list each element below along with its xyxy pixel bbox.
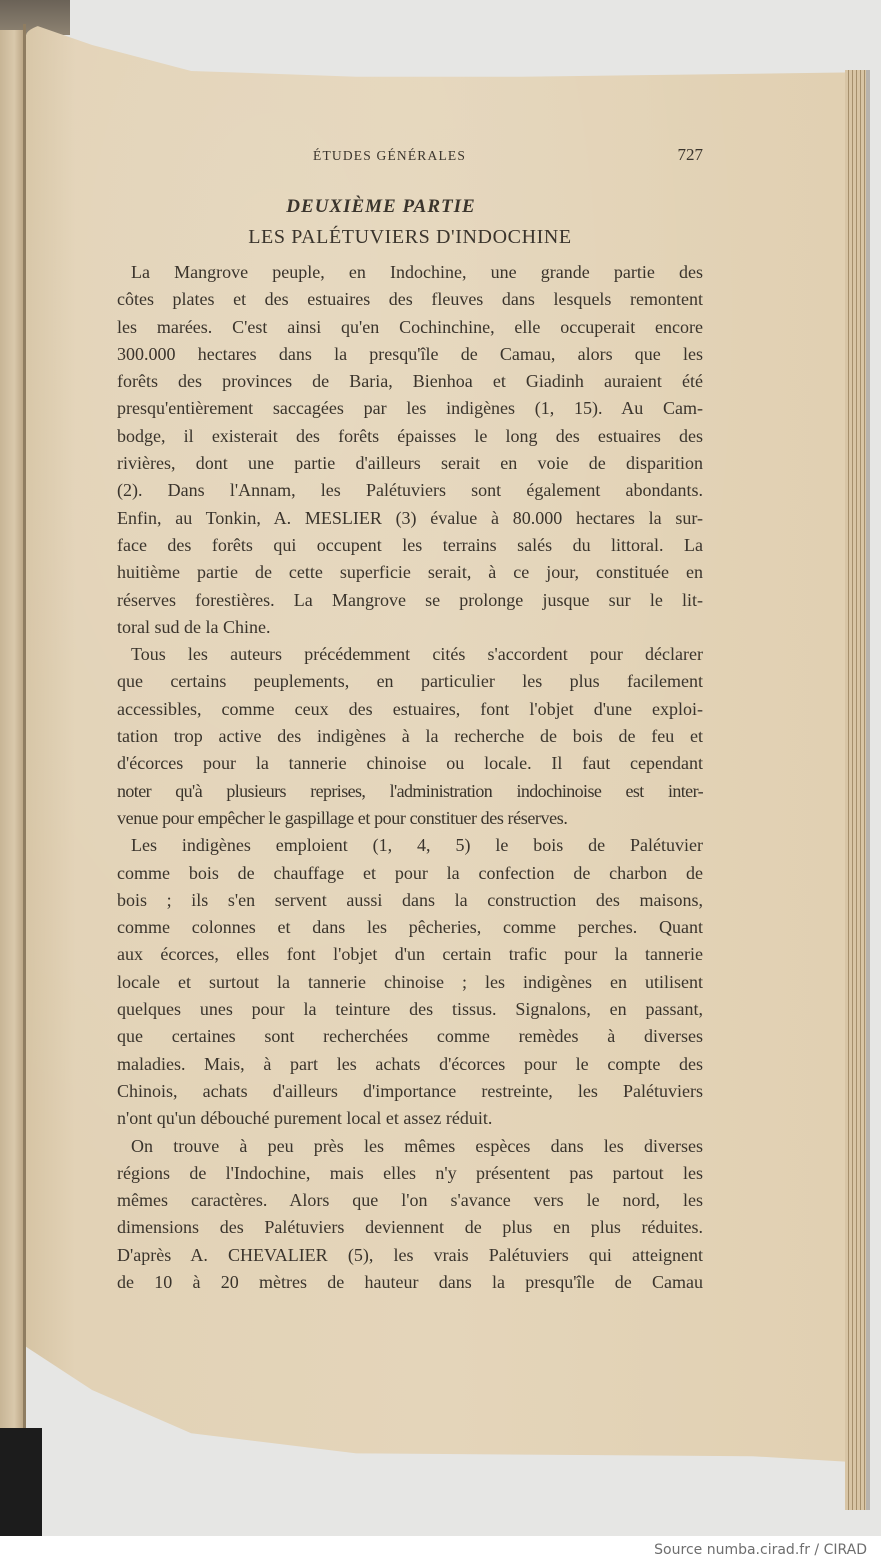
text-line: tation trop active des indigènes à la re… xyxy=(117,723,703,750)
text-line: rivières, dont une partie d'ailleurs ser… xyxy=(117,450,703,477)
text-line: accessibles, comme ceux des estuaires, f… xyxy=(117,696,703,723)
text-line: Chinois, achats d'ailleurs d'importance … xyxy=(117,1078,703,1105)
text-line: les marées. C'est ainsi qu'en Cochinchin… xyxy=(117,314,703,341)
paragraph: Tous les auteurs précédemment cités s'ac… xyxy=(117,641,703,832)
text-line: 300.000 hectares dans la presqu'île de C… xyxy=(117,341,703,368)
text-line: On trouve à peu près les mêmes espèces d… xyxy=(117,1133,703,1160)
text-line: Tous les auteurs précédemment cités s'ac… xyxy=(117,641,703,668)
source-credit: Source numba.cirad.fr / CIRAD xyxy=(654,1542,867,1558)
text-line: (2). Dans l'Annam, les Palétuviers sont … xyxy=(117,477,703,504)
paragraph: On trouve à peu près les mêmes espèces d… xyxy=(117,1133,703,1297)
text-line: réserves forestières. La Mangrove se pro… xyxy=(117,587,703,614)
document-viewer: ÉTUDES GÉNÉRALES 727 DEUXIÈME PARTIE LES… xyxy=(0,0,881,1566)
text-line: forêts des provinces de Baria, Bienhoa e… xyxy=(117,368,703,395)
book-binding-bottom xyxy=(0,1428,42,1536)
text-line: Enfin, au Tonkin, A. MESLIER (3) évalue … xyxy=(117,505,703,532)
text-line: d'écorces pour la tannerie chinoise ou l… xyxy=(117,750,703,777)
text-line: maladies. Mais, à part les achats d'écor… xyxy=(117,1051,703,1078)
text-line: côtes plates et des estuaires des fleuve… xyxy=(117,286,703,313)
text-line: régions de l'Indochine, mais elles n'y p… xyxy=(117,1160,703,1187)
text-line: toral sud de la Chine. xyxy=(117,614,703,641)
page-text: ÉTUDES GÉNÉRALES 727 DEUXIÈME PARTIE LES… xyxy=(117,140,703,1296)
text-line: locale et surtout la tannerie chinoise ;… xyxy=(117,969,703,996)
text-line: dimensions des Palétuviers deviennent de… xyxy=(117,1214,703,1241)
running-head: ÉTUDES GÉNÉRALES 727 xyxy=(117,140,703,170)
text-line: venue pour empêcher le gaspillage et pou… xyxy=(117,805,703,832)
page-edge-shadow xyxy=(866,70,870,1510)
page-number: 727 xyxy=(678,145,704,165)
text-line: n'ont qu'un débouché purement local et a… xyxy=(117,1105,703,1132)
text-line: que certaines sont recherchées comme rem… xyxy=(117,1023,703,1050)
text-line: bodge, il existerait des forêts épaisses… xyxy=(117,423,703,450)
text-line: presqu'entièrement saccagées par les ind… xyxy=(117,395,703,422)
text-line: noter qu'à plusieurs reprises, l'adminis… xyxy=(117,778,703,805)
text-line: que certains peuplements, en particulier… xyxy=(117,668,703,695)
text-line: mêmes caractères. Alors que l'on s'avanc… xyxy=(117,1187,703,1214)
text-line: comme bois de chauffage et pour la confe… xyxy=(117,860,703,887)
text-line: huitième partie de cette superficie sera… xyxy=(117,559,703,586)
paragraph: Les indigènes emploient (1, 4, 5) le boi… xyxy=(117,832,703,1132)
section-heading: LES PALÉTUVIERS D'INDOCHINE xyxy=(117,226,703,249)
text-line: La Mangrove peuple, en Indochine, une gr… xyxy=(117,259,703,286)
text-line: comme colonnes et dans les pêcheries, co… xyxy=(117,914,703,941)
text-line: Les indigènes emploient (1, 4, 5) le boi… xyxy=(117,832,703,859)
running-title: ÉTUDES GÉNÉRALES xyxy=(313,148,466,164)
stacked-page-edges xyxy=(845,70,867,1510)
part-heading: DEUXIÈME PARTIE xyxy=(117,196,703,218)
paragraph: La Mangrove peuple, en Indochine, une gr… xyxy=(117,259,703,641)
text-line: quelques unes pour la teinture des tissu… xyxy=(117,996,703,1023)
scanned-page-image: ÉTUDES GÉNÉRALES 727 DEUXIÈME PARTIE LES… xyxy=(0,0,881,1536)
facing-page-edge xyxy=(0,30,24,1430)
text-line: bois ; ils s'en servent aussi dans la co… xyxy=(117,887,703,914)
text-line: D'après A. CHEVALIER (5), les vrais Palé… xyxy=(117,1242,703,1269)
text-line: aux écorces, elles font l'objet d'un cer… xyxy=(117,941,703,968)
gutter xyxy=(23,24,26,1444)
text-line: de 10 à 20 mètres de hauteur dans la pre… xyxy=(117,1269,703,1296)
text-line: face des forêts qui occupent les terrain… xyxy=(117,532,703,559)
